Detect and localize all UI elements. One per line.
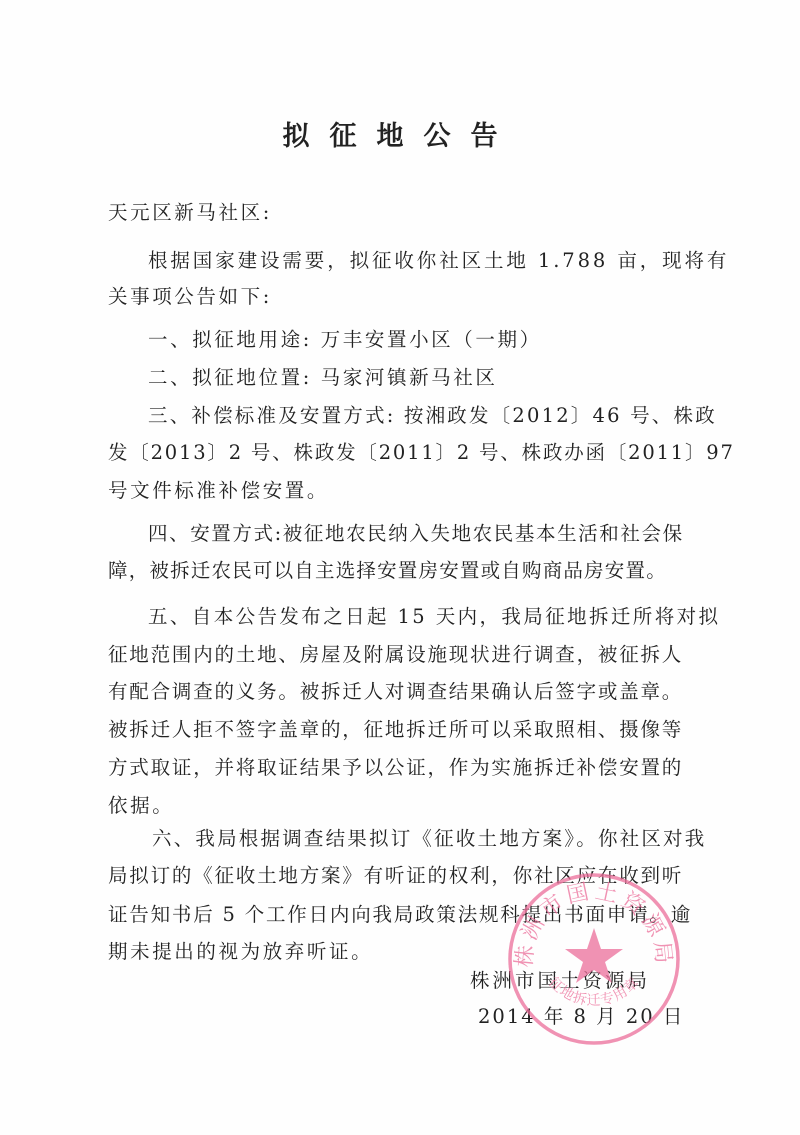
document-title: 拟征地公告 [0,114,800,153]
document-page: 拟征地公告 天元区新马社区: 根据国家建设需要，拟征收你社区土地 1.788 亩… [0,0,800,1135]
body-line: 五、自本公告发布之日起 15 天内，我局征地拆迁所将对拟 [148,601,720,629]
body-line: 六、我局根据调查结果拟订《征收土地方案》。你社区对我 [152,823,706,851]
body-line: 局拟订的《征收土地方案》有听证的权利，你社区应在收到听 [108,860,683,888]
salutation: 天元区新马社区: [108,197,272,225]
body-line: 方式取证，并将取证结果予以公证，作为实施拆迁补偿安置的 [108,752,683,780]
body-line: 根据国家建设需要，拟征收你社区土地 1.788 亩，现将有 [148,245,729,273]
body-line: 四、安置方式:被征地农民纳入失地农民基本生活和社会保 [148,518,684,546]
body-line: 二、拟征地位置: 马家河镇新马社区 [148,362,497,390]
body-line: 三、补偿标准及安置方式: 按湘政发〔2012〕46 号、株政 [148,400,717,428]
body-line: 发〔2013〕2 号、株政发〔2011〕2 号、株政办函〔2011〕97 [108,437,735,465]
issue-date: 2014 年 8 月 20 日 [478,1001,684,1029]
body-line: 被拆迁人拒不签字盖章的，征地拆迁所可以采取照相、摄像等 [108,714,683,742]
body-line: 一、拟征地用途: 万丰安置小区（一期） [148,324,542,352]
body-line: 关事项公告如下: [108,281,272,309]
body-line: 号文件标准补偿安置。 [108,475,329,503]
body-line: 征地范围内的土地、房屋及附属设施现状进行调查，被征拆人 [108,639,683,667]
body-line: 障，被拆迁农民可以自主选择安置房安置或自购商品房安置。 [108,555,667,583]
body-line: 证告知书后 5 个工作日内向我局政策法规科提出书面申请。逾 [108,899,692,927]
body-line: 有配合调查的义务。被拆迁人对调查结果确认后签字或盖章。 [108,676,683,704]
body-line: 依据。 [108,790,174,818]
body-line: 期未提出的视为放弃听证。 [108,936,373,964]
issuer-name: 株洲市国土资源局 [470,965,650,993]
